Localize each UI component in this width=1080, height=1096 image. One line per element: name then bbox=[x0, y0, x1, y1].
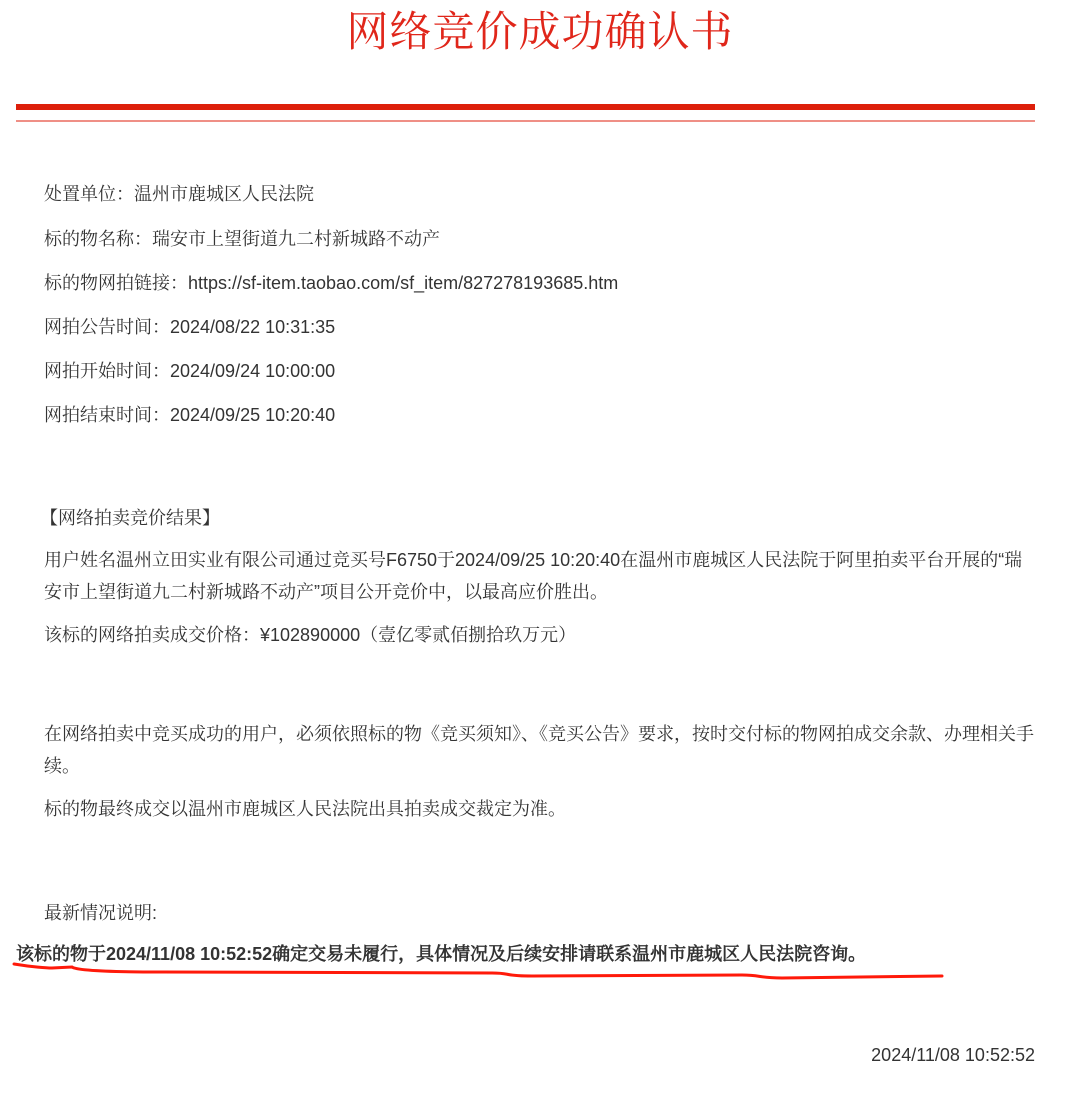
info-value: 2024/08/22 10:31:35 bbox=[170, 317, 335, 337]
info-value: 温州市鹿城区人民法院 bbox=[134, 184, 314, 204]
title-divider-thin bbox=[16, 120, 1035, 122]
info-label: 处置单位： bbox=[44, 184, 134, 204]
price-line: 该标的网络拍卖成交价格：¥102890000（壹亿零贰佰捌拾玖万元） bbox=[44, 622, 576, 648]
info-value: 2024/09/24 10:00:00 bbox=[170, 361, 335, 381]
notice-paragraph: 在网络拍卖中竞买成功的用户，必须依照标的物《竞买须知》、《竞买公告》要求，按时交… bbox=[44, 718, 1034, 782]
info-start-time: 网拍开始时间：2024/09/24 10:00:00 bbox=[44, 358, 335, 384]
footer-date: 2024/11/08 10:52:52 bbox=[871, 1042, 1035, 1068]
info-value: 瑞安市上望街道九二村新城路不动产 bbox=[152, 229, 440, 249]
page-title: 网络竞价成功确认书 bbox=[0, 4, 1080, 60]
latest-statement: 该标的物于2024/11/08 10:52:52确定交易未履行，具体情况及后续安… bbox=[16, 941, 866, 967]
info-label: 网拍开始时间： bbox=[44, 361, 170, 381]
result-heading: 【网络拍卖竞价结果】 bbox=[40, 505, 220, 531]
notice-final-line: 标的物最终成交以温州市鹿城区人民法院出具拍卖成交裁定为准。 bbox=[44, 796, 566, 822]
item-link[interactable]: https://sf-item.taobao.com/sf_item/82727… bbox=[188, 273, 618, 293]
info-label: 标的物网拍链接： bbox=[44, 273, 188, 293]
info-item-name: 标的物名称：瑞安市上望街道九二村新城路不动产 bbox=[44, 226, 440, 252]
result-paragraph: 用户姓名温州立田实业有限公司通过竞买号F6750于2024/09/25 10:2… bbox=[44, 544, 1034, 608]
latest-label: 最新情况说明: bbox=[44, 900, 157, 926]
info-item-link: 标的物网拍链接：https://sf-item.taobao.com/sf_it… bbox=[44, 270, 618, 296]
info-end-time: 网拍结束时间：2024/09/25 10:20:40 bbox=[44, 402, 335, 428]
info-label: 标的物名称： bbox=[44, 229, 152, 249]
title-divider-thick bbox=[16, 104, 1035, 110]
info-value: 2024/09/25 10:20:40 bbox=[170, 405, 335, 425]
info-announce-time: 网拍公告时间：2024/08/22 10:31:35 bbox=[44, 314, 335, 340]
info-label: 网拍结束时间： bbox=[44, 405, 170, 425]
info-label: 网拍公告时间： bbox=[44, 317, 170, 337]
info-disposal-unit: 处置单位：温州市鹿城区人民法院 bbox=[44, 181, 314, 207]
